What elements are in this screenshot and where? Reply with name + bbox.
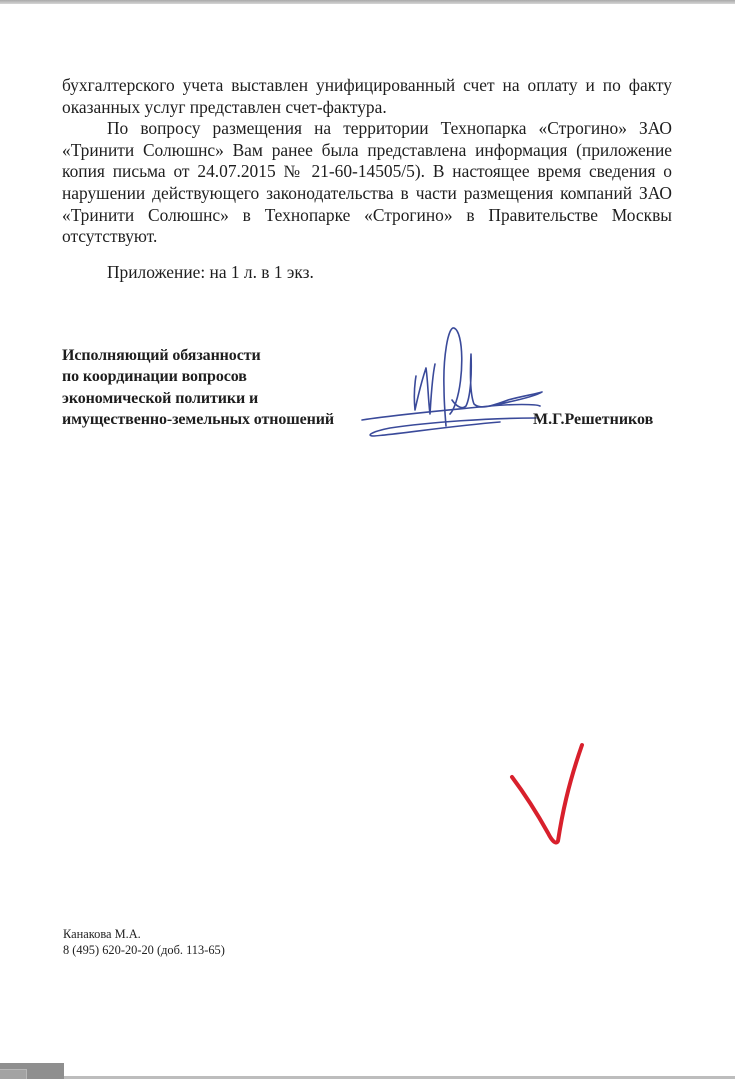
executor-phone: 8 (495) 620-20-20 (доб. 113-65) [63,942,225,958]
paragraph-continuation: бухгалтерского учета выставлен унифициро… [62,75,672,118]
executor-contact: Канакова М.А. 8 (495) 620-20-20 (доб. 11… [63,926,225,958]
viewer-corner-tab [0,1063,64,1079]
signatory-title-line: по координации вопросов [62,366,334,387]
red-checkmark-icon [500,735,595,865]
letter-body: бухгалтерского учета выставлен унифициро… [62,75,672,248]
paragraph-placement: По вопросу размещения на территории Техн… [62,118,672,248]
appendix-note: Приложение: на 1 л. в 1 экз. [107,262,314,283]
executor-name: Канакова М.А. [63,926,225,942]
signatory-title-line: Исполняющий обязанности [62,345,334,366]
signatory-title-line: экономической политики и [62,388,334,409]
signatory-title-line: имущественно-земельных отношений [62,409,334,430]
handwritten-signature-icon [340,318,560,448]
scan-top-edge [0,0,735,4]
signatory-title: Исполняющий обязанности по координации в… [62,345,334,430]
signer-name: М.Г.Решетников [533,409,653,430]
